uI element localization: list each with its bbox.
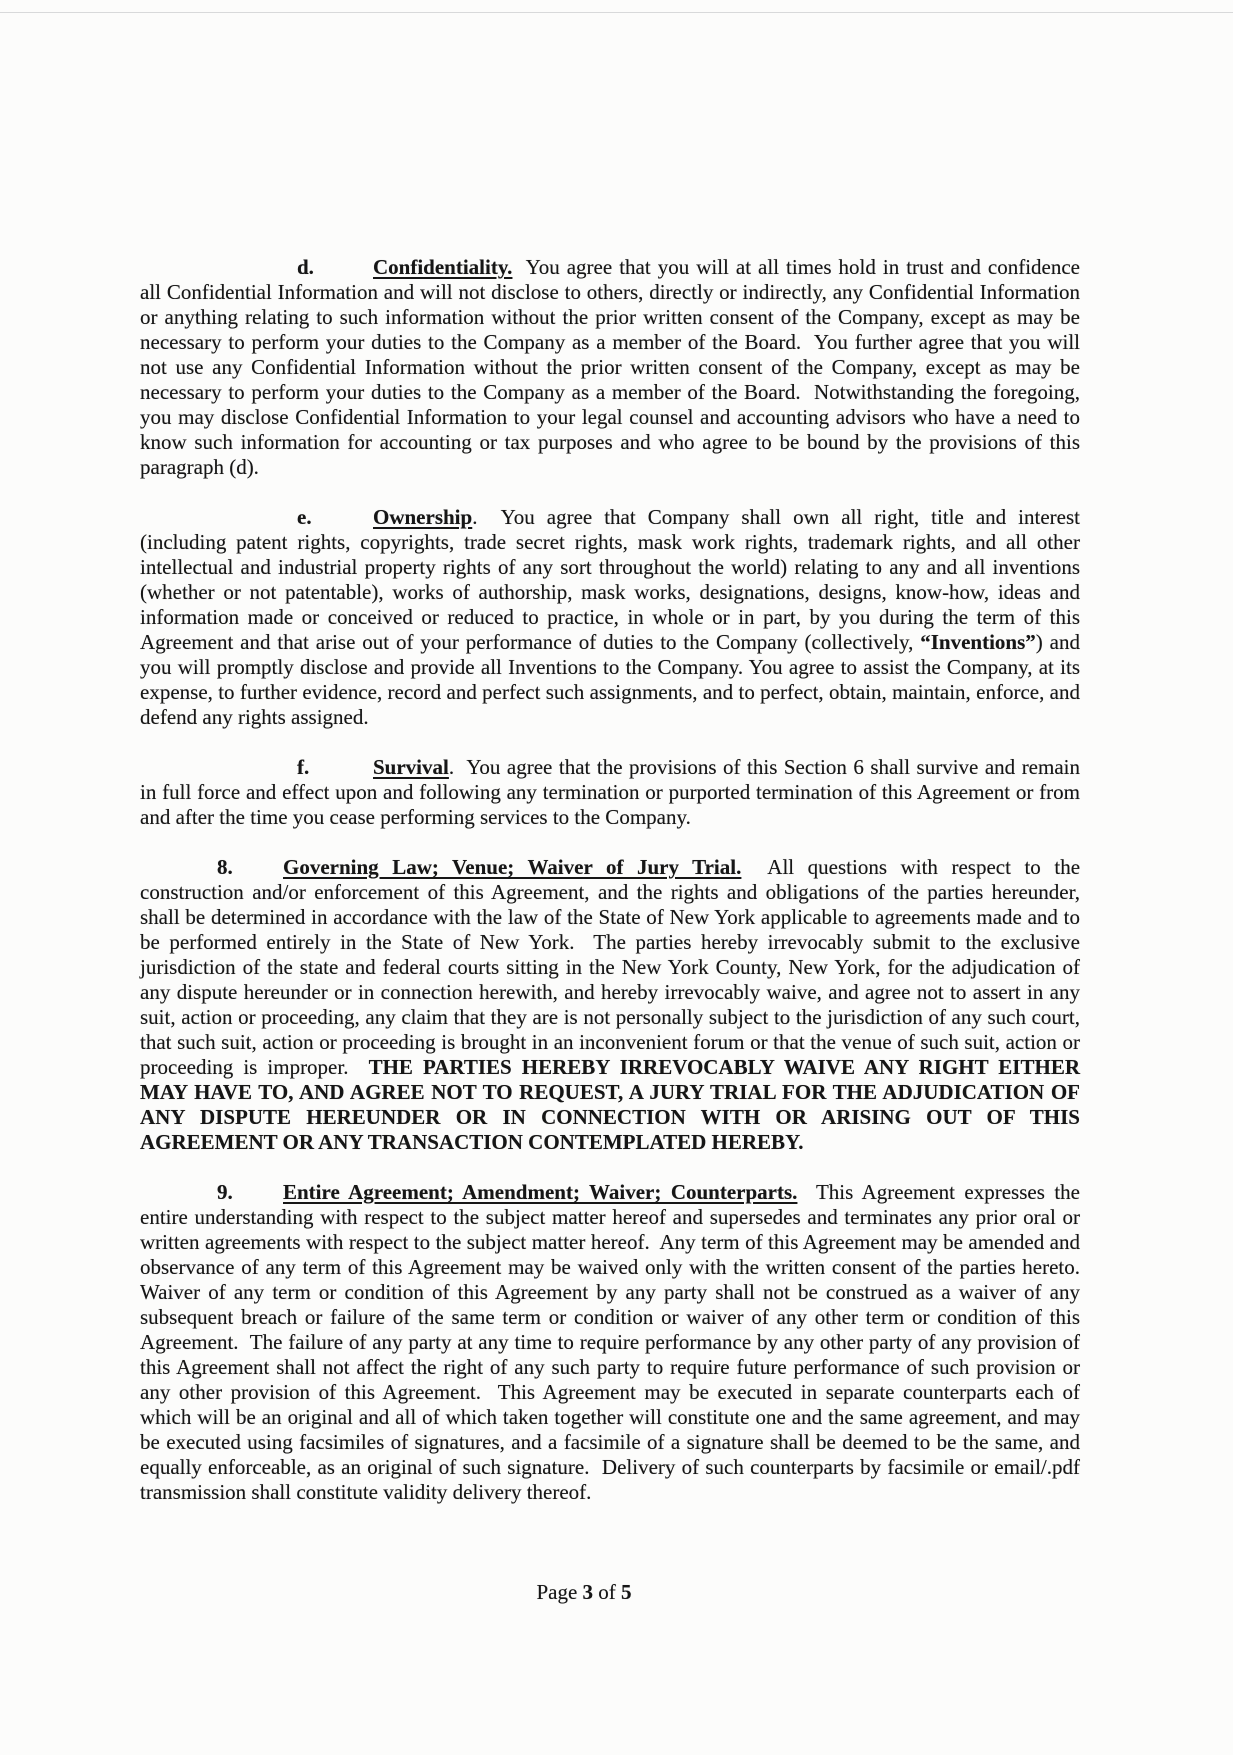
paragraph-number: 8. [217,855,283,880]
scan-artifact-line [0,12,1233,13]
paragraph-text-run: You agree that the provisions of this Se… [140,755,1085,829]
document-paragraphs: d.Confidentiality. You agree that you wi… [140,255,1080,1505]
paragraph-heading: Governing Law; Venue; Waiver of Jury Tri… [283,855,741,879]
paragraph-confidentiality: d.Confidentiality. You agree that you wi… [140,255,1080,480]
paragraph-survival: f.Survival. You agree that the provision… [140,755,1080,830]
page-number-text: Page [536,1580,582,1604]
paragraph-number: e. [297,505,373,530]
paragraph-governing-law: 8.Governing Law; Venue; Waiver of Jury T… [140,855,1080,1155]
paragraph-heading: Confidentiality. [373,255,512,279]
paragraph-number: 9. [217,1180,283,1205]
paragraph-heading: Survival [373,755,449,779]
page-number-text: 3 [583,1580,594,1604]
paragraph-ownership: e.Ownership. You agree that Company shal… [140,505,1080,730]
paragraph-number: d. [297,255,373,280]
paragraph-text-run: All questions with respect to the constr… [140,855,1085,1079]
paragraph-heading: Ownership [373,505,472,529]
paragraph-entire-agreement: 9.Entire Agreement; Amendment; Waiver; C… [140,1180,1080,1505]
paragraph-heading: Entire Agreement; Amendment; Waiver; Cou… [283,1180,797,1204]
scanned-document-page: d.Confidentiality. You agree that you wi… [0,0,1233,1755]
page-number-text: of [593,1580,621,1604]
paragraph-text-run: This Agreement expresses the entire unde… [140,1180,1091,1504]
page-number-text: 5 [621,1580,632,1604]
paragraph-number: f. [297,755,373,780]
paragraph-text-run: “Inventions” [920,630,1036,654]
paragraph-text-run: You agree that you will at all times hol… [140,255,1085,479]
page-footer: Page 3 of 5 [0,1580,1168,1605]
